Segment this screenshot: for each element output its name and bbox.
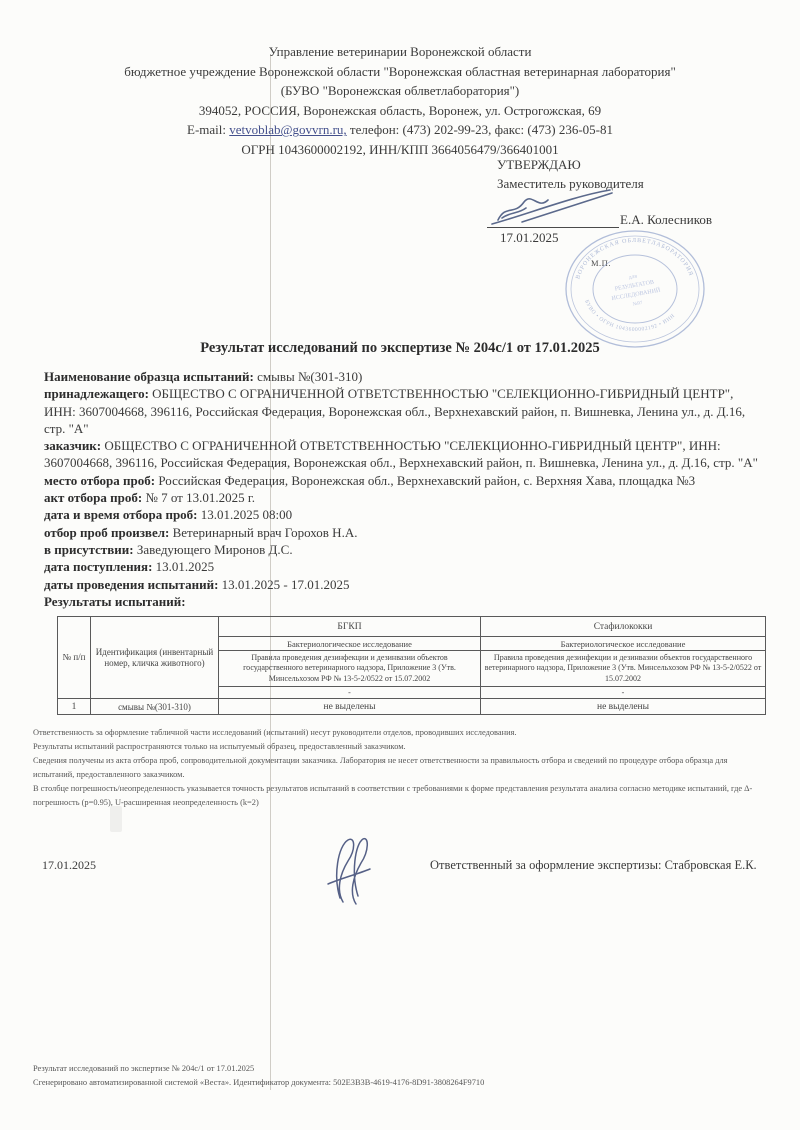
detail-line: принадлежащего: ОБЩЕСТВО С ОГРАНИЧЕННОЙ … xyxy=(44,385,766,437)
signature-underline xyxy=(487,227,619,228)
norm-doc-bgkp: Правила проведения дезинфекции и дезинва… xyxy=(219,651,481,687)
document-page: Управление ветеринарии Воронежской облас… xyxy=(0,0,800,1130)
detail-value: ОБЩЕСТВО С ОГРАНИЧЕННОЙ ОТВЕТСТВЕННОСТЬЮ… xyxy=(44,438,758,470)
detail-line: дата поступления: 13.01.2025 xyxy=(44,558,766,575)
detail-label: место отбора проб: xyxy=(44,473,155,488)
signoff-date: 17.01.2025 xyxy=(42,858,96,873)
approver-name: Е.А. Колесников xyxy=(620,212,712,228)
study-type-staph: Бактериологическое исследование xyxy=(481,637,766,651)
org-address: 394052, РОССИЯ, Воронежская область, Вор… xyxy=(0,101,800,121)
unit-cell-staph: - xyxy=(481,687,766,699)
detail-value: смывы №(301-310) xyxy=(257,369,362,384)
detail-label: в присутствии: xyxy=(44,542,134,557)
study-type-bgkp: Бактериологическое исследование xyxy=(219,637,481,651)
detail-value: Ветеринарный врач Горохов Н.А. xyxy=(173,525,358,540)
detail-label: даты проведения испытаний: xyxy=(44,577,218,592)
detail-line: дата и время отбора проб: 13.01.2025 08:… xyxy=(44,506,766,523)
sample-details: Наименование образца испытаний: смывы №(… xyxy=(44,368,766,610)
org-name: бюджетное учреждение Воронежской области… xyxy=(0,62,800,82)
result-staph: не выделены xyxy=(481,699,766,715)
letterhead: Управление ветеринарии Воронежской облас… xyxy=(0,42,800,160)
mp-placeholder: М.П. xyxy=(591,258,611,268)
detail-line: отбор проб произвел: Ветеринарный врач Г… xyxy=(44,524,766,541)
result-bgkp: не выделены xyxy=(219,699,481,715)
svg-text:БУВО • ОГРН 1043600002192 • ИН: БУВО • ОГРН 1043600002192 • ИНН xyxy=(583,299,676,333)
detail-value: Заведующего Миронов Д.С. xyxy=(137,542,293,557)
detail-line: место отбора проб: Российская Федерация,… xyxy=(44,472,766,489)
detail-line: в присутствии: Заведующего Миронов Д.С. xyxy=(44,541,766,558)
row-sample-id: смывы №(301-310) xyxy=(91,699,219,715)
detail-line: Наименование образца испытаний: смывы №(… xyxy=(44,368,766,385)
results-table: № п/п Идентификация (инвентарный номер, … xyxy=(57,616,766,715)
phone-fax: телефон: (473) 202-99-23, факс: (473) 23… xyxy=(350,122,613,137)
detail-value: № 7 от 13.01.2025 г. xyxy=(145,490,255,505)
detail-value: Российская Федерация, Воронежская обл., … xyxy=(158,473,695,488)
org-ogrn-inn: ОГРН 1043600002192, ИНН/КПП 3664056479/3… xyxy=(0,140,800,160)
detail-line: заказчик: ОБЩЕСТВО С ОГРАНИЧЕННОЙ ОТВЕТС… xyxy=(44,437,766,472)
detail-label: дата поступления: xyxy=(44,559,152,574)
org-contacts-line: E-mail: vetvoblab@govvrn.ru, телефон: (4… xyxy=(0,120,800,140)
footnote: Ответственность за оформление табличной … xyxy=(33,726,770,740)
page-footer: Результат исследований по экспертизе № 2… xyxy=(33,1062,484,1090)
detail-label: Результаты испытаний: xyxy=(44,594,186,609)
footnote: Результаты испытаний распространяются то… xyxy=(33,740,770,754)
method-name-staph: Стафилококки xyxy=(481,617,766,637)
stamp-center-line2: РЕЗУЛЬТАТОВ xyxy=(614,280,654,293)
official-stamp-icon: ВОРОНЕЖСКАЯ ОБЛВЕТЛАБОРАТОРИЯ БУВО • ОГР… xyxy=(561,226,709,354)
detail-value: 13.01.2025 08:00 xyxy=(201,507,292,522)
method-name-bgkp: БГКП xyxy=(219,617,481,637)
approval-date: 17.01.2025 xyxy=(500,230,559,246)
footnotes: Ответственность за оформление табличной … xyxy=(33,726,770,810)
unit-cell-bgkp: - xyxy=(219,687,481,699)
footnote: Сведения получены из акта отбора проб, с… xyxy=(33,754,770,782)
row-num: 1 xyxy=(58,699,91,715)
norm-doc-staph: Правила проведения дезинфекции и дезинва… xyxy=(481,651,766,687)
org-short-name: (БУВО "Воронежская облветлаборатория") xyxy=(0,81,800,101)
detail-line: Результаты испытаний: xyxy=(44,593,766,610)
col-header-num: № п/п xyxy=(58,617,91,699)
detail-value: 13.01.2025 xyxy=(156,559,215,574)
table-row: 1 смывы №(301-310) не выделены не выделе… xyxy=(58,699,766,715)
approve-label: УТВЕРЖДАЮ xyxy=(497,157,581,173)
col-header-identification: Идентификация (инвентарный номер, кличка… xyxy=(91,617,219,699)
detail-label: Наименование образца испытаний: xyxy=(44,369,254,384)
stamp-center-line3: ИССЛЕДОВАНИЙ xyxy=(611,286,662,303)
detail-value: 13.01.2025 - 17.01.2025 xyxy=(222,577,350,592)
footnote: В столбце погрешность/неопределенность у… xyxy=(33,782,770,810)
email-link[interactable]: vetvoblab@govvrn.ru, xyxy=(229,122,346,137)
detail-label: принадлежащего: xyxy=(44,386,149,401)
org-authority: Управление ветеринарии Воронежской облас… xyxy=(0,42,800,62)
detail-label: акт отбора проб: xyxy=(44,490,142,505)
footer-generated-by: Сгенерировано автоматизированной системо… xyxy=(33,1076,484,1090)
detail-line: даты проведения испытаний: 13.01.2025 - … xyxy=(44,576,766,593)
document-title: Результат исследований по экспертизе № 2… xyxy=(0,340,800,357)
responsible-person: Ответственный за оформление экспертизы: … xyxy=(430,858,757,873)
stamp-center-line1: для xyxy=(628,273,637,280)
detail-label: дата и время отбора проб: xyxy=(44,507,198,522)
responsible-signature xyxy=(318,834,376,906)
detail-label: отбор проб произвел: xyxy=(44,525,169,540)
detail-label: заказчик: xyxy=(44,438,101,453)
detail-line: акт отбора проб: № 7 от 13.01.2025 г. xyxy=(44,489,766,506)
stamp-center-line4: №97 xyxy=(632,300,643,308)
approver-signature xyxy=(488,184,628,228)
detail-value: ОБЩЕСТВО С ОГРАНИЧЕННОЙ ОТВЕТСТВЕННОСТЬЮ… xyxy=(44,386,745,436)
stamp-ring-bottom-text: БУВО • ОГРН 1043600002192 • ИНН xyxy=(583,299,676,333)
email-label: E-mail: xyxy=(187,122,226,137)
footer-expertise-ref: Результат исследований по экспертизе № 2… xyxy=(33,1062,484,1076)
